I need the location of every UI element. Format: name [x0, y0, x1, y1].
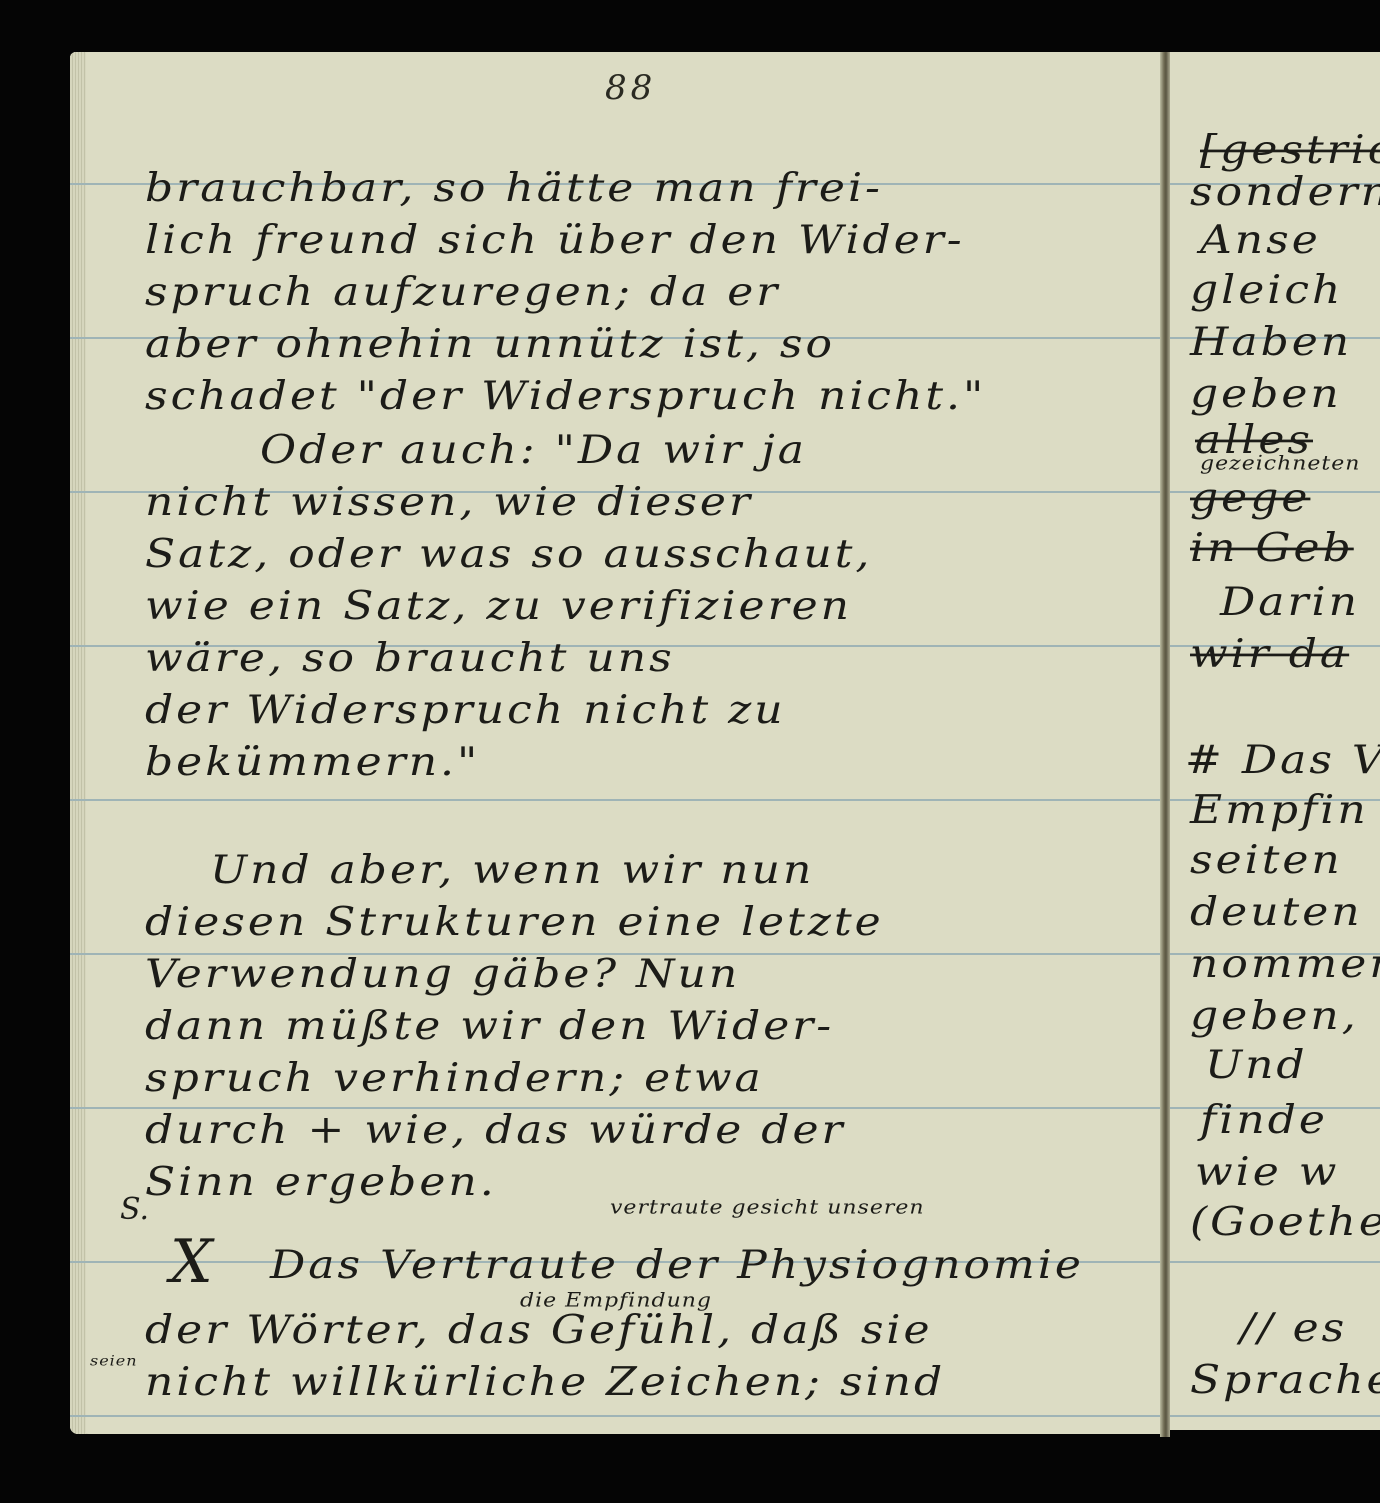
notebook-gutter — [1160, 52, 1170, 1437]
handwritten-line: Und aber, wenn wir nun — [210, 847, 814, 893]
handwritten-line: Sprache — [1190, 1357, 1380, 1403]
handwritten-line: sondern — [1190, 169, 1380, 215]
handwritten-line: lich freund sich über den Wider- — [145, 217, 965, 263]
handwritten-line: geben, — [1190, 993, 1359, 1039]
right-notebook-page: [gestrichen] sondern Anse gleich Haben g… — [1170, 52, 1380, 1430]
handwritten-line: Oder auch: "Da wir ja — [260, 427, 807, 473]
handwritten-line: schadet "der Widerspruch nicht." — [145, 373, 986, 419]
handwritten-line: Haben — [1190, 319, 1352, 365]
handwritten-line: Sinn ergeben. — [145, 1159, 497, 1205]
handwritten-line: bekümmern." — [145, 739, 480, 785]
margin-insertion: seien — [90, 1352, 138, 1369]
handwritten-line: aber ohnehin unnütz ist, so — [145, 321, 835, 367]
handwritten-line: der Widerspruch nicht zu — [145, 687, 786, 733]
left-notebook-page: 88 brauchbar, so hätte man frei- lich fr… — [70, 52, 1162, 1434]
handwritten-line: gege — [1190, 475, 1310, 521]
handwritten-line: seiten — [1190, 837, 1343, 883]
handwritten-line: diesen Strukturen eine letzte — [145, 899, 884, 945]
handwritten-line: Verwendung gäbe? Nun — [145, 951, 740, 997]
handwritten-line: Und — [1205, 1042, 1308, 1088]
handwritten-line: nicht willkürliche Zeichen; sind — [145, 1359, 945, 1405]
handwritten-line: (Goethe — [1190, 1199, 1380, 1245]
handwritten-line: in Geb — [1190, 525, 1354, 571]
handwritten-line: spruch verhindern; etwa — [145, 1055, 764, 1101]
handwritten-line: # Das Ve — [1185, 737, 1380, 783]
handwritten-line: wie w — [1195, 1149, 1339, 1195]
handwritten-line: Satz, oder was so ausschaut, — [145, 531, 872, 577]
handwritten-line: Darin — [1220, 579, 1360, 625]
handwritten-line: wie ein Satz, zu verifizieren — [145, 583, 852, 629]
handwritten-line: Das Vertraute der Physiognomie — [270, 1242, 1084, 1288]
handwritten-line: finde — [1200, 1097, 1328, 1143]
handwritten-line: geben — [1190, 371, 1342, 417]
handwritten-line: nommen — [1190, 941, 1380, 987]
handwritten-line: deuten — [1190, 889, 1363, 935]
margin-mark-x: X — [170, 1227, 213, 1297]
handwritten-line: gleich — [1190, 267, 1343, 313]
handwritten-line: nicht wissen, wie dieser — [145, 479, 753, 525]
interlinear-insertion: gezeichneten — [1200, 453, 1360, 476]
handwritten-line: spruch aufzuregen; da er — [145, 269, 780, 315]
handwritten-line: // es — [1240, 1305, 1347, 1351]
interlinear-insertion: vertraute gesicht unseren — [610, 1197, 925, 1220]
margin-mark-s: S. — [120, 1192, 149, 1227]
page-number: 88 — [605, 68, 656, 108]
handwritten-line: brauchbar, so hätte man frei- — [145, 165, 883, 211]
handwritten-line: wäre, so braucht uns — [145, 635, 675, 681]
handwritten-line: durch + wie, das würde der — [145, 1107, 846, 1153]
handwritten-line: Empfin — [1190, 787, 1369, 833]
handwritten-line: der Wörter, das Gefühl, daß sie — [145, 1307, 933, 1353]
handwritten-line: wir da — [1190, 631, 1349, 677]
handwritten-line: [gestrichen] — [1200, 127, 1380, 173]
handwritten-line: dann müßte wir den Wider- — [145, 1003, 834, 1049]
handwritten-line: Anse — [1200, 217, 1321, 263]
